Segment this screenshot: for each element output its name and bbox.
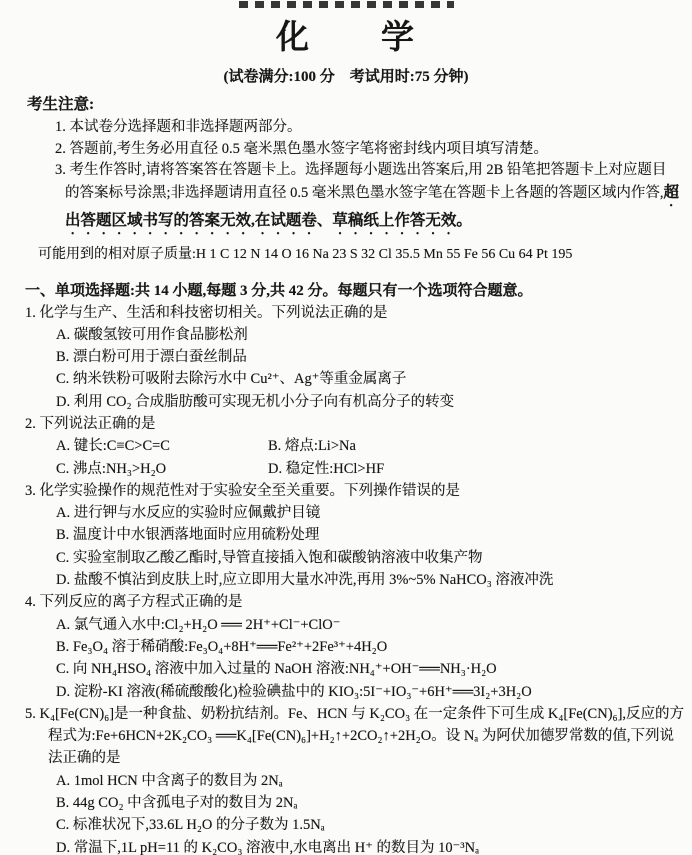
question-1-option-c: C. 纳米铁粉可吸附去除污水中 Cu²⁺、Ag⁺等重金属离子 <box>56 368 686 390</box>
question-1: 1. 化学与生产、生活和科技密切相关。下列说法正确的是 A. 碳酸氢铵可用作食品… <box>25 302 686 413</box>
notice-heading: 考生注意: <box>27 94 692 116</box>
cropped-header-text <box>239 1 454 8</box>
question-2-option-d: D. 稳定性:HCl>HF <box>268 458 686 480</box>
question-3: 3. 化学实验操作的规范性对于实验安全至关重要。下列操作错误的是 A. 进行钾与… <box>25 480 686 591</box>
question-4-option-c: C. 向 NH₄HSO₄ 溶液中加入过量的 NaOH 溶液:NH₄⁺+OH⁻══… <box>56 658 686 680</box>
question-1-option-b: B. 漂白粉可用于漂白蚕丝制品 <box>56 346 686 368</box>
question-5-option-d: D. 常温下,1L pH=11 的 K₂CO₃ 溶液中,水电离出 H⁺ 的数目为… <box>56 837 686 855</box>
question-5-option-c: C. 标准状况下,33.6L H₂O 的分子数为 1.5Nₐ <box>56 814 686 836</box>
notice-item-1: 1. 本试卷分选择题和非选择题两部分。 <box>55 117 680 139</box>
question-2-option-b: B. 熔点:Li>Na <box>268 435 686 457</box>
question-3-option-b: B. 温度计中水银洒落地面时应用硫粉处理 <box>56 524 686 546</box>
question-4-option-a: A. 氯气通入水中:Cl₂+H₂O ══ 2H⁺+Cl⁻+ClO⁻ <box>56 614 686 636</box>
relative-atomic-mass-line: 可能用到的相对原子质量:H 1 C 12 N 14 O 16 Na 23 S 3… <box>38 244 684 265</box>
question-5: 5. K₄[Fe(CN)₆]是一种食盐、奶粉抗结剂。Fe、HCN 与 K₂CO₃… <box>25 703 686 855</box>
question-3-stem: 3. 化学实验操作的规范性对于实验安全至关重要。下列操作错误的是 <box>25 480 686 502</box>
question-2: 2. 下列说法正确的是 A. 键长:C≡C>C=C B. 熔点:Li>Na C.… <box>25 413 686 480</box>
notice-item-2: 2. 答题前,考生务必用直径 0.5 毫米黑色墨水签字笔将密封线内项目填写清楚。 <box>55 139 680 161</box>
section-1-header: 一、单项选择题:共 14 小题,每题 3 分,共 42 分。每题只有一个选项符合… <box>25 280 686 302</box>
question-4: 4. 下列反应的离子方程式正确的是 A. 氯气通入水中:Cl₂+H₂O ══ 2… <box>25 591 686 702</box>
notice-item-3: 3. 考生作答时,请将答案答在答题卡上。选择题每小题选出答案后,用 2B 铅笔把… <box>55 160 680 238</box>
question-2-options: A. 键长:C≡C>C=C B. 熔点:Li>Na C. 沸点:NH₃>H₂O … <box>56 435 686 480</box>
notice-item-3-text: 3. 考生作答时,请将答案答在答题卡上。选择题每小题选出答案后,用 2B 铅笔把… <box>55 162 666 201</box>
question-2-option-c: C. 沸点:NH₃>H₂O <box>56 458 268 480</box>
question-2-option-a: A. 键长:C≡C>C=C <box>56 435 268 457</box>
page-title: 化 学 <box>0 18 692 58</box>
question-1-stem: 1. 化学与生产、生活和科技密切相关。下列说法正确的是 <box>25 302 686 324</box>
question-5-option-b: B. 44g CO₂ 中含孤电子对的数目为 2Nₐ <box>56 792 686 814</box>
question-3-option-a: A. 进行钾与水反应的实验时应佩戴护目镜 <box>56 502 686 524</box>
question-3-option-d: D. 盐酸不慎沾到皮肤上时,应立即用大量水冲洗,再用 3%~5% NaHCO₃ … <box>56 569 686 591</box>
question-1-option-a: A. 碳酸氢铵可用作食品膨松剂 <box>56 324 686 346</box>
question-5-stem: 5. K₄[Fe(CN)₆]是一种食盐、奶粉抗结剂。Fe、HCN 与 K₂CO₃… <box>25 703 686 770</box>
question-1-option-d: D. 利用 CO₂ 合成脂肪酸可实现无机小分子向有机高分子的转变 <box>56 391 686 413</box>
paper-score-time-subtitle: (试卷满分:100 分 考试用时:75 分钟) <box>0 67 692 87</box>
question-3-options: A. 进行钾与水反应的实验时应佩戴护目镜 B. 温度计中水银洒落地面时应用硫粉处… <box>56 502 686 591</box>
question-4-option-b: B. Fe₃O₄ 溶于稀硝酸:Fe₃O₄+8H⁺══Fe²⁺+2Fe³⁺+4H₂… <box>56 636 686 658</box>
question-4-options: A. 氯气通入水中:Cl₂+H₂O ══ 2H⁺+Cl⁻+ClO⁻ B. Fe₃… <box>56 614 686 703</box>
question-1-options: A. 碳酸氢铵可用作食品膨松剂 B. 漂白粉可用于漂白蚕丝制品 C. 纳米铁粉可… <box>56 324 686 413</box>
question-4-option-d: D. 淀粉-KI 溶液(稀硫酸酸化)检验碘盐中的 KIO₃:5I⁻+IO₃⁻+6… <box>56 681 686 703</box>
question-5-options: A. 1mol HCN 中含离子的数目为 2Nₐ B. 44g CO₂ 中含孤电… <box>56 770 686 855</box>
question-2-stem: 2. 下列说法正确的是 <box>25 413 686 435</box>
notice-list: 1. 本试卷分选择题和非选择题两部分。 2. 答题前,考生务必用直径 0.5 毫… <box>55 117 680 238</box>
question-3-option-c: C. 实验室制取乙酸乙酯时,导管直接插入饱和碳酸钠溶液中收集产物 <box>56 547 686 569</box>
question-4-stem: 4. 下列反应的离子方程式正确的是 <box>25 591 686 613</box>
question-5-option-a: A. 1mol HCN 中含离子的数目为 2Nₐ <box>56 770 686 792</box>
exam-paper-page: 化 学 (试卷满分:100 分 考试用时:75 分钟) 考生注意: 1. 本试卷… <box>0 0 692 855</box>
